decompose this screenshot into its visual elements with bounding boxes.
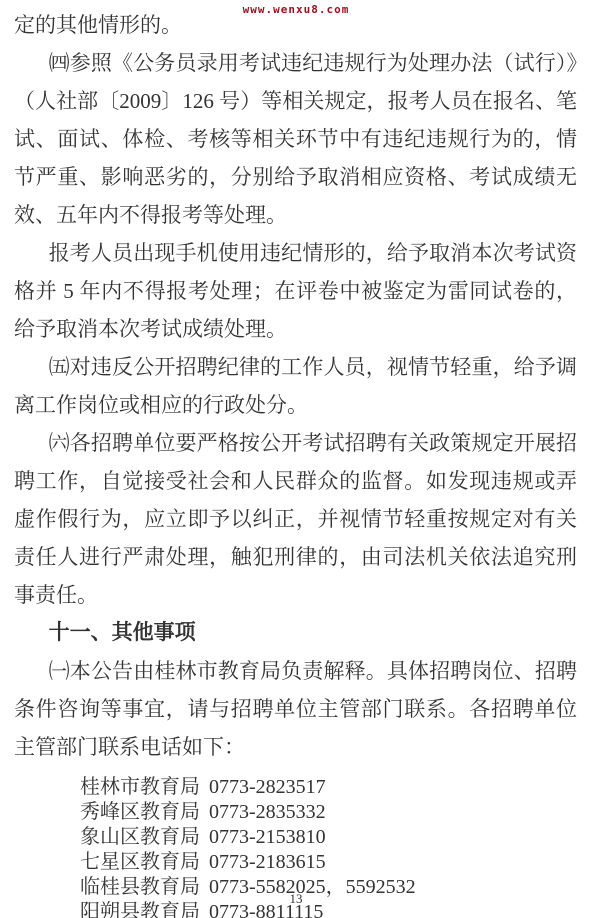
page-number: 13 bbox=[0, 891, 592, 907]
continuation-line: 定的其他情形的。 bbox=[14, 6, 577, 44]
contact-row: 象山区教育局0773-2153810 bbox=[80, 825, 577, 850]
contact-row: 桂林市教育局0773-2823517 bbox=[80, 775, 577, 800]
contact-phone: 0773-2183615 bbox=[209, 851, 326, 873]
contact-row: 七星区教育局0773-2183615 bbox=[80, 850, 577, 875]
paragraph-phone-violation: 报考人员出现手机使用违纪情形的，给予取消本次考试资格并 5 年内不得报考处理；在… bbox=[14, 234, 577, 348]
contact-row: 秀峰区教育局0773-2835332 bbox=[80, 800, 577, 825]
contact-org: 七星区教育局 bbox=[80, 851, 200, 873]
contact-org: 象山区教育局 bbox=[80, 826, 200, 848]
contact-phone: 0773-2823517 bbox=[209, 776, 326, 798]
section-heading-other-matters: 十一、其他事项 bbox=[14, 614, 577, 652]
paragraph-exam-violation-rules: ㈣参照《公务员录用考试违纪违规行为处理办法（试行）》（人社部〔2009〕126 … bbox=[14, 44, 577, 234]
contact-phone: 0773-2153810 bbox=[209, 826, 326, 848]
contact-phone: 0773-2835332 bbox=[209, 801, 326, 823]
document-page: www.wenxu8.com 定的其他情形的。 ㈣参照《公务员录用考试违纪违规行… bbox=[0, 0, 592, 918]
paragraph-recruitment-supervision: ㈥各招聘单位要严格按公开考试招聘有关政策规定开展招聘工作，自觉接受社会和人民群众… bbox=[14, 424, 577, 614]
paragraph-staff-discipline: ㈤对违反公开招聘纪律的工作人员，视情节轻重，给予调离工作岗位或相应的行政处分。 bbox=[14, 348, 577, 424]
contact-org: 秀峰区教育局 bbox=[80, 801, 200, 823]
document-body: 定的其他情形的。 ㈣参照《公务员录用考试违纪违规行为处理办法（试行）》（人社部〔… bbox=[14, 6, 577, 918]
paragraph-interpretation-contact: ㈠本公告由桂林市教育局负责解释。具体招聘岗位、招聘条件咨询等事宜，请与招聘单位主… bbox=[14, 652, 577, 766]
contact-org: 桂林市教育局 bbox=[80, 776, 200, 798]
